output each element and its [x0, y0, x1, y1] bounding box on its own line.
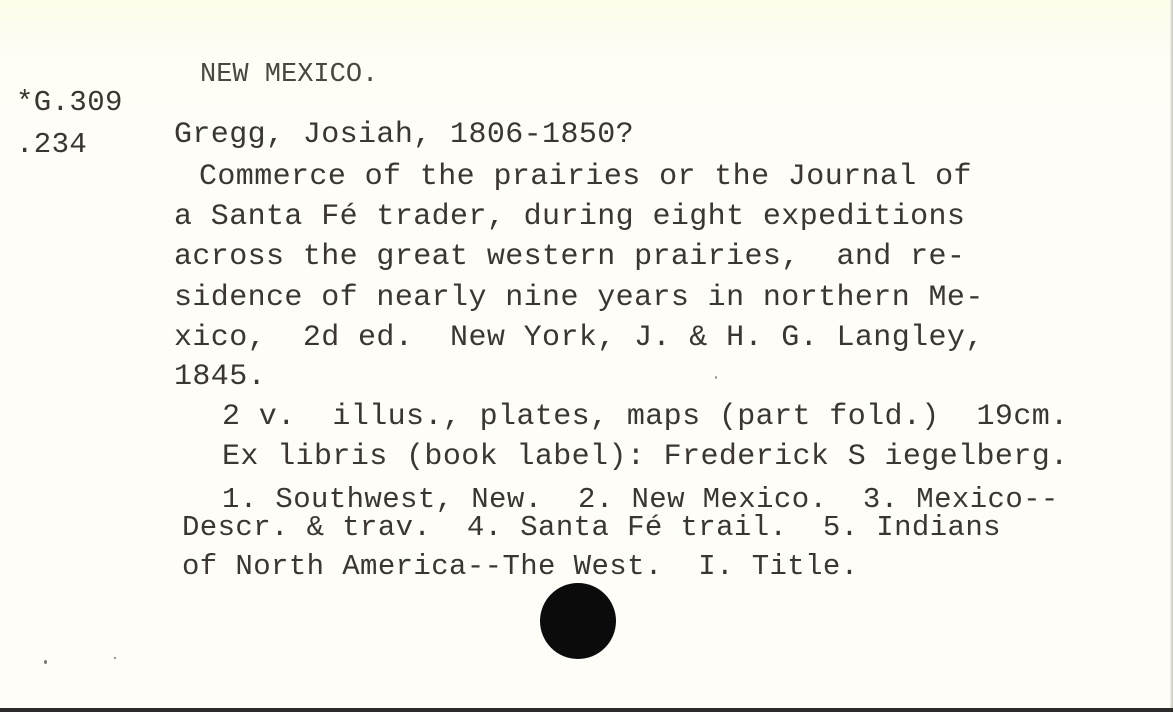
title-line: Commerce of the prairies or the Journal … — [199, 160, 972, 194]
title-line: sidence of nearly nine years in northern… — [174, 281, 984, 315]
title-line: xico, 2d ed. New York, J. & H. G. Langle… — [174, 321, 984, 355]
tracing-line: of North America--The West. I. Title. — [182, 553, 859, 581]
card-bottom-edge — [0, 708, 1173, 712]
title-line: a Santa Fé trader, during eight expediti… — [174, 200, 965, 234]
subject-heading: NEW MEXICO. — [200, 58, 378, 92]
ink-speck — [715, 376, 717, 379]
catalog-card: *G.309 .234 NEW MEXICO. Gregg, Josiah, 1… — [0, 0, 1173, 712]
bookplate-note: Ex libris (book label): Frederick S iege… — [222, 440, 1069, 474]
title-line: across the great western prairies, and r… — [174, 240, 965, 274]
tracing-line: 1. Southwest, New. 2. New Mexico. 3. Mex… — [222, 486, 1059, 514]
main-entry: Gregg, Josiah, 1806-1850? — [174, 118, 634, 152]
tracing-line: Descr. & trav. 4. Santa Fé trail. 5. Ind… — [182, 514, 1001, 542]
call-number-line-2: .234 — [16, 128, 87, 162]
punch-hole — [540, 583, 616, 659]
collation: 2 v. illus., plates, maps (part fold.) 1… — [222, 400, 1069, 434]
call-number-line-1: *G.309 — [16, 86, 123, 120]
ink-speck — [44, 660, 47, 664]
title-line: 1845. — [174, 360, 266, 394]
ink-speck — [114, 657, 116, 659]
